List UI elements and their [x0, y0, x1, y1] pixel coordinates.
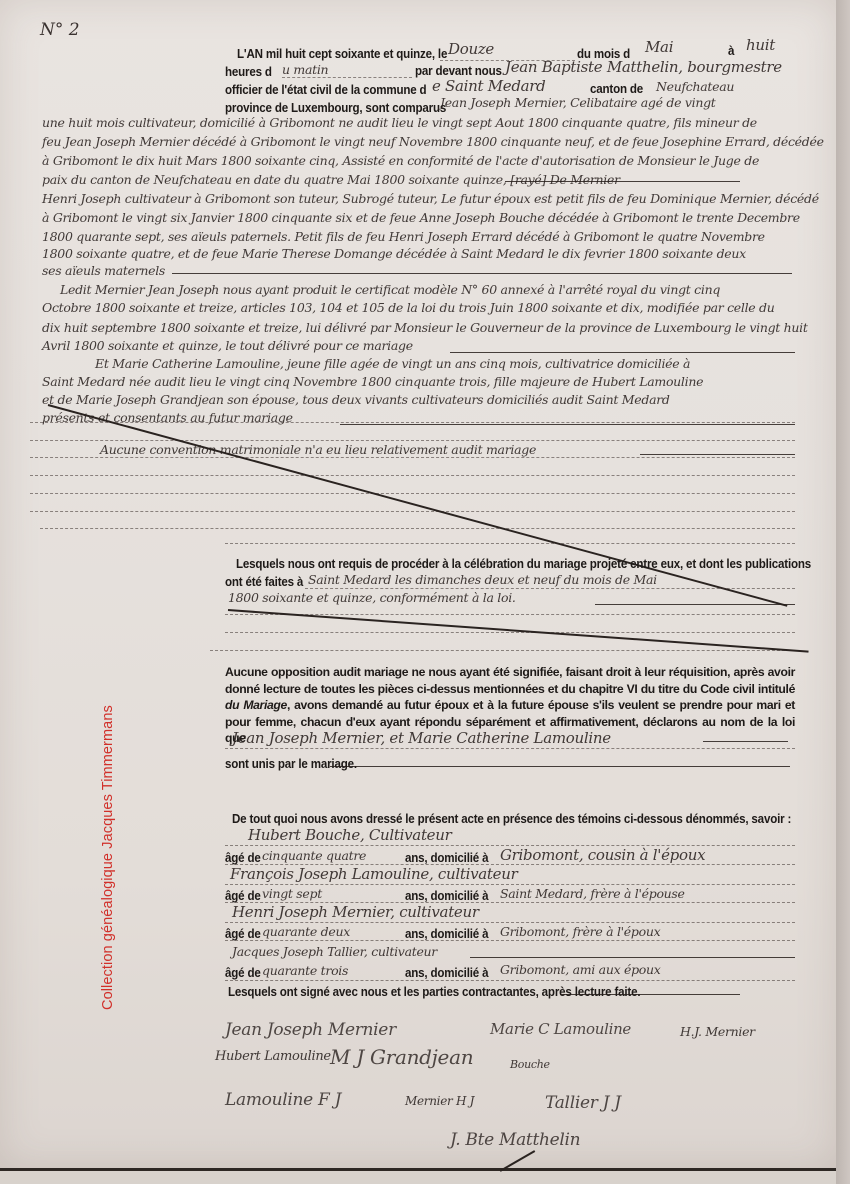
header-hours-label: heures d	[225, 65, 272, 79]
ruled-line	[225, 940, 795, 941]
signature-flourish	[500, 1150, 535, 1171]
bride-line: Saint Medard née audit lieu le vingt cin…	[42, 374, 703, 389]
witness-4-name: Jacques Joseph Tallier, cultivateur	[232, 944, 437, 959]
closing-line	[470, 957, 795, 958]
header-a-label: à	[728, 44, 734, 58]
military-line: Ledit Mernier Jean Joseph nous ayant pro…	[60, 282, 720, 297]
ans-label: ans, domicilié à	[405, 927, 488, 941]
contract-line: Aucune convention matrimoniale n'a eu li…	[100, 442, 536, 457]
witness-2-name: François Joseph Lamouline, cultivateur	[230, 865, 517, 883]
groom-line: une huit mois cultivateur, domicilié à G…	[42, 115, 757, 130]
ruled-line	[30, 440, 795, 441]
military-line: Octobre 1800 soixante et treize, article…	[42, 300, 775, 315]
witness-4-residence: Gribomont, ami aux époux	[500, 962, 661, 977]
bride-line: et de Marie Joseph Grandjean son épouse,…	[42, 392, 670, 407]
field-rule	[282, 77, 412, 78]
closing-line	[330, 766, 790, 767]
signature-bouche: Bouche	[510, 1058, 550, 1071]
cancellation-stroke	[228, 609, 809, 653]
signature-groom: Jean Joseph Mernier	[225, 1020, 396, 1040]
closing-line	[560, 994, 740, 995]
groom-line: paix du canton de Neufchateau en date du…	[42, 172, 620, 187]
witness-2-residence: Saint Medard, frère à l'épouse	[500, 886, 685, 901]
spouses-field: Jean Joseph Mernier, et Marie Catherine …	[232, 729, 611, 747]
publications-field-2: 1800 soixante et quinze, conformément à …	[228, 590, 516, 605]
age-label: âgé de	[225, 927, 261, 941]
header-par-devant-label: par devant nous	[415, 64, 502, 78]
act-number: N° 2	[40, 20, 80, 40]
closing-line	[172, 273, 792, 274]
witness-2-age: vingt sept	[262, 886, 322, 901]
canton-field: Neufchateau	[656, 79, 734, 94]
ans-label: ans, domicilié à	[405, 889, 488, 903]
officer-field: Jean Baptiste Matthelin, bourgmestre	[505, 58, 782, 76]
ruled-line	[225, 543, 795, 544]
ruled-line	[210, 650, 800, 651]
signature-grandjean: M J Grandjean	[330, 1045, 473, 1069]
closing-line	[703, 741, 788, 742]
closing-line	[340, 424, 795, 425]
signature-hj-mernier: H.J. Mernier	[680, 1024, 755, 1039]
page-edge	[836, 0, 850, 1184]
publications-text: Lesquels nous ont requis de procéder à l…	[236, 557, 811, 571]
closing-line	[640, 454, 795, 455]
groom-line: Henri Joseph cultivateur à Gribomont son…	[42, 191, 819, 206]
age-label: âgé de	[225, 851, 261, 865]
ruled-line	[40, 528, 795, 529]
ruled-line	[30, 493, 795, 494]
day-field: Douze	[448, 40, 494, 58]
witness-1-name: Hubert Bouche, Cultivateur	[248, 826, 452, 844]
signature-mernier-hj: Mernier H J	[405, 1094, 474, 1108]
witness-3-age: quarante deux	[262, 924, 350, 939]
hour-field: huit	[746, 36, 775, 54]
groom-line: à Gribomont le dix huit Mars 1800 soixan…	[42, 153, 759, 168]
field-rule	[305, 588, 795, 589]
strike-line	[505, 181, 740, 182]
closing-line	[450, 352, 795, 353]
groom-line: 1800 quarante sept, ses aïeuls paternels…	[42, 229, 765, 244]
witnesses-intro: De tout quoi nous avons dressé le présen…	[232, 812, 791, 826]
field-rule	[225, 748, 795, 749]
signed-text: Lesquels ont signé avec nous et les part…	[228, 985, 640, 999]
ruled-line	[30, 457, 795, 458]
witness-3-residence: Gribomont, frère à l'époux	[500, 924, 660, 939]
age-label: âgé de	[225, 966, 261, 980]
document-page: N° 2 L'AN mil huit cept soixante et quin…	[0, 0, 839, 1171]
groom-intro-field: Jean Joseph Mernier, Celibataire agé de …	[440, 95, 716, 110]
header-province-label: province de Luxembourg, sont comparus	[225, 101, 446, 115]
publications-label: ont été faites à	[225, 575, 303, 589]
header-officer-label: officier de l'état civil de la commune d	[225, 83, 426, 97]
signature-fj-lamouline: Lamouline F J	[225, 1090, 341, 1110]
time-of-day-field: u matin	[282, 62, 328, 77]
ruled-line	[30, 475, 795, 476]
ruled-line	[225, 632, 795, 633]
ruled-line	[30, 422, 795, 423]
ans-label: ans, domicilié à	[405, 851, 488, 865]
signature-officer: J. Bte Matthelin	[450, 1130, 580, 1150]
ruled-line	[225, 922, 795, 923]
ans-label: ans, domicilié à	[405, 966, 488, 980]
month-field: Mai	[645, 38, 673, 56]
witness-3-name: Henri Joseph Mernier, cultivateur	[232, 903, 479, 921]
header-line-1-print: L'AN mil huit cept soixante et quinze, l…	[237, 47, 447, 61]
bride-line: Et Marie Catherine Lamouline, jeune fill…	[95, 356, 690, 371]
signature-hubert-lamouline: Hubert Lamouline	[215, 1049, 331, 1064]
collection-watermark: Collection généalogique Jacques Timmerma…	[100, 705, 116, 1010]
closing-line	[595, 604, 795, 605]
publications-field-1: Saint Medard les dimanches deux et neuf …	[308, 572, 657, 587]
witness-1-age: cinquante quatre	[262, 848, 366, 863]
witness-1-residence: Gribomont, cousin à l'époux	[500, 846, 705, 864]
groom-line: feu Jean Joseph Mernier décédé à Gribomo…	[42, 134, 824, 149]
commune-field: e Saint Medard	[432, 77, 545, 95]
age-label: âgé de	[225, 889, 261, 903]
groom-line: 1800 soixante quatre, et de feue Marie T…	[42, 246, 746, 261]
groom-line: ses aïeuls maternels	[42, 263, 165, 278]
witness-4-age: quarante trois	[262, 963, 348, 978]
ruled-line	[225, 884, 795, 885]
united-text: sont unis par le mariage.	[225, 757, 357, 771]
military-line: dix huit septembre 1800 soixante et trei…	[42, 320, 808, 335]
signature-bride: Marie C Lamouline	[490, 1020, 631, 1038]
header-canton-label: canton de	[590, 82, 643, 96]
military-line: Avril 1800 soixante et quinze, le tout d…	[42, 338, 413, 353]
signature-tallier: Tallier J J	[545, 1093, 621, 1113]
groom-line: à Gribomont le vingt six Janvier 1800 ci…	[42, 210, 800, 225]
ruled-line	[225, 980, 795, 981]
ruled-line	[30, 511, 795, 512]
